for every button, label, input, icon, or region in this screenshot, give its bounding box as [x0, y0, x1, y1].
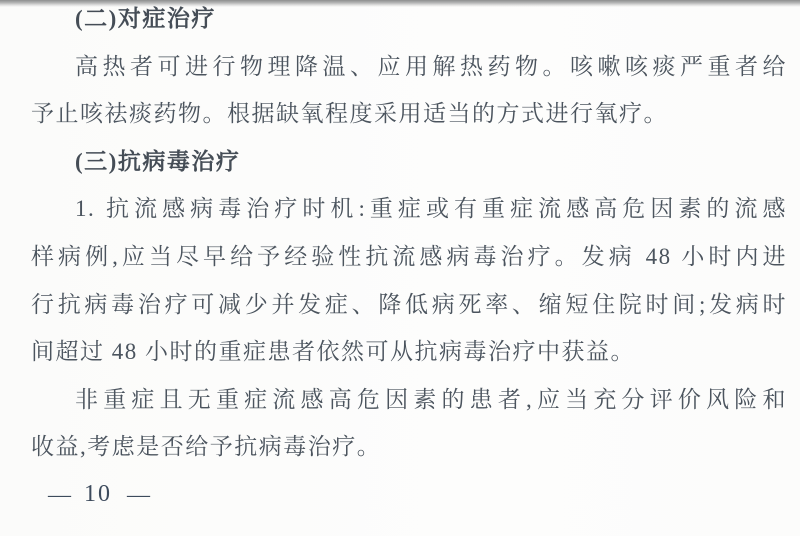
page-number-dash-left: — [48, 482, 71, 508]
document-line: 样病例,应当尽早给予经验性抗流感病毒治疗。发病 48 小时内进 [31, 233, 787, 281]
document-body: (二)对症治疗 高热者可进行物理降温、应用解热药物。咳嗽咳痰严重者给 予止咳祛痰… [31, 0, 787, 516]
document-line: 行抗病毒治疗可减少并发症、降低病死率、缩短住院时间;发病时 [31, 281, 787, 329]
document-line: 间超过 48 小时的重症患者依然可从抗病毒治疗中获益。 [31, 328, 787, 376]
page-number: — 10 — [31, 474, 787, 516]
document-line: 非重症且无重症流感高危因素的患者,应当充分评价风险和 [31, 376, 787, 424]
document-line: 予止咳祛痰药物。根据缺氧程度采用适当的方式进行氧疗。 [31, 90, 787, 138]
section-heading-antiviral-treatment: (三)抗病毒治疗 [31, 138, 787, 186]
document-line: 高热者可进行物理降温、应用解热药物。咳嗽咳痰严重者给 [31, 43, 787, 91]
page-number-value: 10 [84, 481, 112, 508]
section-heading-symptomatic-treatment: (二)对症治疗 [31, 0, 787, 43]
scanned-document-page: (二)对症治疗 高热者可进行物理降温、应用解热药物。咳嗽咳痰严重者给 予止咳祛痰… [0, 0, 800, 536]
document-line: 收益,考虑是否给予抗病毒治疗。 [31, 423, 787, 471]
document-line: 1. 抗流感病毒治疗时机:重症或有重症流感高危因素的流感 [31, 185, 787, 233]
page-number-dash-right: — [127, 482, 150, 508]
